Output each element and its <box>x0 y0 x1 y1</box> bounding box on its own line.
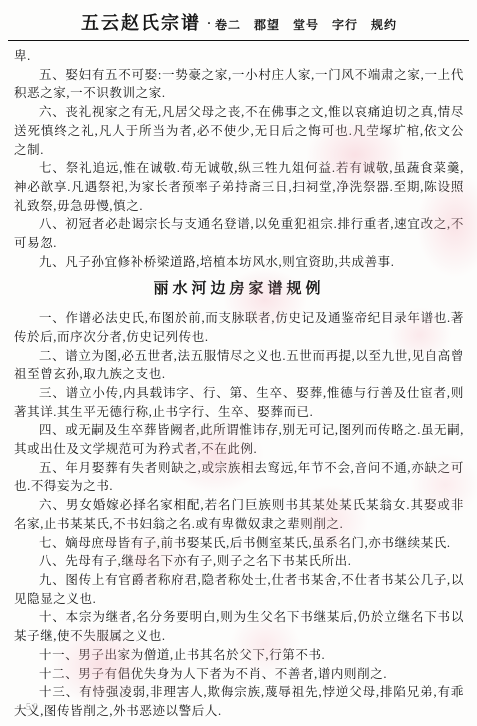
book-title: 五云赵氏宗谱 <box>81 13 201 33</box>
rule-item-9: 九、凡子孙宜修补桥梁道路,培植本坊风水,则宜资助,共成善事. <box>14 253 464 272</box>
regulation-item-5: 五、年月娶葬有失者则缺之,或宗族相去窎远,年节不会,音问不通,亦缺之可也.不得妄… <box>14 459 464 496</box>
regulation-item-9: 九、图传上有官爵者称府君,隐者称处士,仕者书某舍,不仕者书某公几子,以见隐显之义… <box>14 571 464 608</box>
regulation-item-11: 十一、男子出家为僧道,止书其名於父下,行第不书. <box>14 646 464 665</box>
regulation-item-8: 八、先母有子,继母名下亦有子,则子之名下书某氏所出. <box>14 552 464 571</box>
rule-item-5: 五、娶妇有五不可娶:一势豪之家,一小村庄人家,一门风不端肃之家,一上代积恶之家,… <box>14 66 464 103</box>
volume-subtitle: 卷二 郡望 堂号 字行 规约 <box>215 18 397 32</box>
regulation-item-7: 七、嫡母庶母皆有子,前书娶某氏,后书侧室某氏,虽系名门,亦书继续某氏. <box>14 534 464 553</box>
page-body: 卑. 五、娶妇有五不可娶:一势豪之家,一小村庄人家,一门风不端肃之家,一上代积恶… <box>14 47 464 721</box>
regulation-item-2: 二、谱立为图,必五世者,法五服情尽之义也.五世而再提,以至九世,见自高曾祖至曾玄… <box>14 347 464 384</box>
rule-item-6: 六、丧礼视家之有无,凡居父母之丧,不在佛事之文,惟以哀痛迫切之真,情尽送死慎终之… <box>14 103 464 159</box>
section-title: 丽水河边房家谱规例 <box>14 280 464 299</box>
regulation-item-13: 十三、有恃强凌弱,非理害人,欺侮宗族,蔑辱祖先,悖逆父母,排陷兄弟,有乖大义,图… <box>14 683 464 720</box>
carryover-text: 卑. <box>14 47 464 66</box>
regulation-item-12: 十二、男子有倡优失身为人下者为不肖、不善者,谱内则削之. <box>14 665 464 684</box>
regulation-item-4: 四、或无嗣及生卒葬皆阙者,此所谓惟讳存,别无可记,图列而传略之.虽无嗣,其或出仕… <box>14 421 464 458</box>
title-separator-dot: · <box>207 16 211 30</box>
page-number: · 50 · <box>16 702 50 713</box>
header-rule <box>8 40 469 41</box>
regulation-item-10: 十、本宗为继者,名分务要明白,则为生父名下书继某后,仍於立继名下书以某子继,使不… <box>14 608 464 645</box>
genealogy-scan-page: 五云赵氏宗谱·卷二 郡望 堂号 字行 规约 卑. 五、娶妇有五不可娶:一势豪之家… <box>0 0 477 726</box>
rule-item-7: 七、祭礼追远,惟在诚敬.苟无诚敬,纵三牲九俎何益.若有诚敬,虽蔬食菜羹,神必歆享… <box>14 159 464 215</box>
regulation-item-1: 一、作谱必法史氏,布图於前,而支脉联者,仿史记及通鉴帝纪目录年谱也.著传於后,而… <box>14 309 464 346</box>
rule-item-8: 八、初冠者必赴谒宗长与支通名登谱,以免重犯祖宗.排行重者,速宜改之,不可易忽. <box>14 215 464 252</box>
page-header: 五云赵氏宗谱·卷二 郡望 堂号 字行 规约 <box>14 10 464 38</box>
regulation-item-3: 三、谱立小传,内具载讳字、行、第、生卒、娶葬,惟德与行善及仕宦者,则著其详.其生… <box>14 384 464 421</box>
regulation-item-6: 六、男女婚嫁必择名家相配,若名门巨族则书其某处某氏某翁女.其娶或非名家,止书某某… <box>14 496 464 533</box>
